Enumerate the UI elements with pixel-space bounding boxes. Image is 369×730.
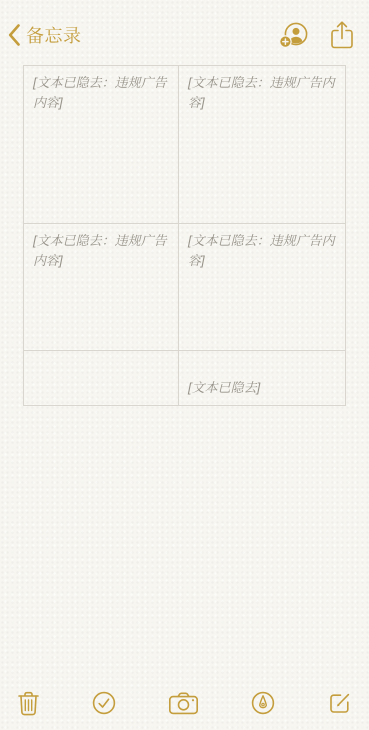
table-row: [文本已隐去]	[24, 351, 346, 406]
nav-actions	[278, 20, 355, 50]
note-table: [文本已隐去：违规广告内容] [文本已隐去：违规广告内容] [文本已隐去：违规广…	[23, 65, 346, 406]
notes-app-screen: { "colors":{"accent_gold":"#c49d3c","bac…	[0, 0, 369, 730]
table-cell[interactable]: [文本已隐去：违规广告内容]	[179, 66, 346, 224]
checklist-button[interactable]	[92, 691, 116, 715]
share-button[interactable]	[329, 20, 355, 50]
table-cell[interactable]: [文本已隐去]	[179, 351, 346, 406]
camera-icon	[168, 691, 199, 716]
compose-icon	[327, 691, 352, 716]
cell-text: [文本已隐去：违规广告内容]	[188, 73, 337, 113]
trash-icon	[17, 690, 40, 717]
markup-icon	[251, 691, 275, 715]
check-circle-icon	[92, 691, 116, 715]
cell-text: [文本已隐去：违规广告内容]	[33, 73, 170, 113]
compose-button[interactable]	[327, 691, 352, 716]
table-cell[interactable]	[24, 351, 179, 406]
collaborate-button[interactable]	[278, 21, 309, 49]
delete-note-button[interactable]	[17, 690, 40, 717]
markup-button[interactable]	[251, 691, 275, 715]
cell-text: [文本已隐去：违规广告内容]	[188, 231, 337, 271]
cell-text: [文本已隐去]	[188, 378, 337, 398]
table-cell[interactable]: [文本已隐去：违规广告内容]	[24, 66, 179, 224]
navbar: 备忘录	[0, 16, 369, 54]
chevron-left-icon	[8, 24, 20, 46]
add-person-icon	[278, 21, 309, 49]
bottom-toolbar	[0, 680, 369, 726]
table-cell[interactable]: [文本已隐去：违规广告内容]	[179, 224, 346, 351]
share-icon	[329, 20, 355, 50]
table-row: [文本已隐去：违规广告内容] [文本已隐去：违规广告内容]	[24, 66, 346, 224]
back-button[interactable]: 备忘录	[8, 22, 82, 48]
table-cell[interactable]: [文本已隐去：违规广告内容]	[24, 224, 179, 351]
back-label: 备忘录	[26, 22, 82, 48]
table-row: [文本已隐去：违规广告内容] [文本已隐去：违规广告内容]	[24, 224, 346, 351]
cell-text: [文本已隐去：违规广告内容]	[33, 231, 170, 271]
camera-button[interactable]	[168, 691, 199, 716]
